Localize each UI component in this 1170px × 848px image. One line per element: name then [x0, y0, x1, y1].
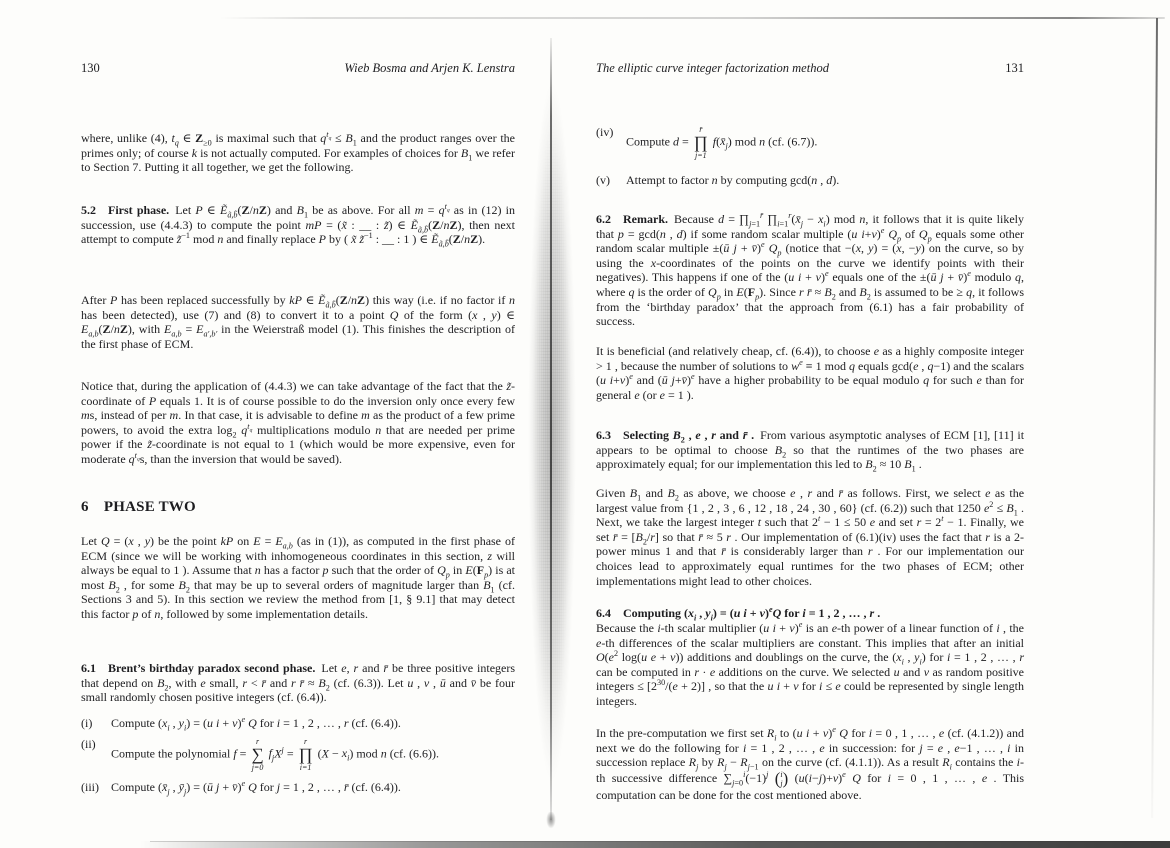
- item-text-ii: Compute the polynomial f = r∑j=0 fjXj = …: [111, 737, 515, 772]
- section-5-2-first-phase: 5.2 First phase. Let P ∈ Ẽã,b̃(Z/nZ) and…: [81, 203, 515, 247]
- item-text-iv: Compute d = r̄∏j=1 f(x̄j) mod n (cf. (6.…: [626, 125, 1024, 160]
- paragraph-precomputation: In the pre-computation we first set Ri t…: [596, 726, 1024, 803]
- paragraph-intro: where, unlike (4), tq ∈ Z≥0 is maximal s…: [81, 131, 515, 175]
- right-page-number: 131: [1005, 61, 1024, 76]
- left-running-head: Wieb Bosma and Arjen K. Lenstra: [344, 61, 515, 76]
- item-text-i: Compute (xi , yi) = (u i + v)e Q for i =…: [111, 716, 515, 731]
- scan-bottom-edge: [140, 841, 1170, 848]
- list-item-v: (v) Attempt to factor n by computing gcd…: [596, 173, 1024, 188]
- right-page-header: The elliptic curve integer factorization…: [596, 61, 1024, 76]
- right-running-head: The elliptic curve integer factorization…: [596, 61, 829, 76]
- section-6-4-body: Because the i-th scalar multiplier (u i …: [596, 621, 1024, 709]
- section-6-1: 6.1 Brent’s birthday paradox second phas…: [81, 661, 515, 705]
- binding-gutter-centerline: [550, 38, 552, 820]
- item-label-iv: (iv): [596, 125, 626, 160]
- scan-top-edge-line: [220, 17, 1165, 19]
- binding-gutter-grain: [527, 30, 577, 832]
- list-item-iii: (iii) Compute (x̄j , ȳj) = (ū j + v̄)e Q…: [81, 780, 515, 795]
- list-item-iv: (iv) Compute d = r̄∏j=1 f(x̄j) mod n (cf…: [596, 125, 1024, 160]
- page-right-edge-line: [1151, 18, 1158, 818]
- paragraph-given: Given B1 and B2 as above, we choose e , …: [596, 486, 1024, 588]
- left-page-number: 130: [81, 61, 100, 76]
- left-page-header: 130 Wieb Bosma and Arjen K. Lenstra: [81, 61, 515, 76]
- item-label-iii: (iii): [81, 780, 111, 795]
- paragraph-beneficial: It is beneficial (and relatively cheap, …: [596, 344, 1024, 402]
- scanned-paper-spread: 130 Wieb Bosma and Arjen K. Lenstra wher…: [0, 0, 1170, 848]
- binding-gutter-tail: [545, 812, 557, 834]
- section-6-heading: 6 PHASE TWO: [81, 500, 515, 515]
- item-label-i: (i): [81, 716, 111, 731]
- list-item-ii: (ii) Compute the polynomial f = r∑j=0 fj…: [81, 737, 515, 772]
- list-item-i: (i) Compute (xi , yi) = (u i + v)e Q for…: [81, 716, 515, 731]
- item-label-ii: (ii): [81, 737, 111, 772]
- section-6-2-remark: 6.2 Remark. Because d = ∏j=1r̄ ∏i=1r(x̄j…: [596, 212, 1024, 329]
- paragraph-after-p: After P has been replaced successfully b…: [81, 293, 515, 351]
- item-text-iii: Compute (x̄j , ȳj) = (ū j + v̄)e Q for j…: [111, 780, 515, 795]
- section-6-intro: Let Q = (x , y) be the point kP on E = E…: [81, 534, 515, 622]
- item-label-v: (v): [596, 173, 626, 188]
- section-6-3-selecting: 6.3 Selecting B2 , e , r and r̄ . From v…: [596, 428, 1024, 472]
- paragraph-notice: Notice that, during the application of (…: [81, 379, 515, 467]
- section-6-4-heading: 6.4 Computing (xi , yi) = (u i + v)eQ fo…: [596, 606, 1024, 621]
- item-text-v: Attempt to factor n by computing gcd(n ,…: [626, 173, 1024, 188]
